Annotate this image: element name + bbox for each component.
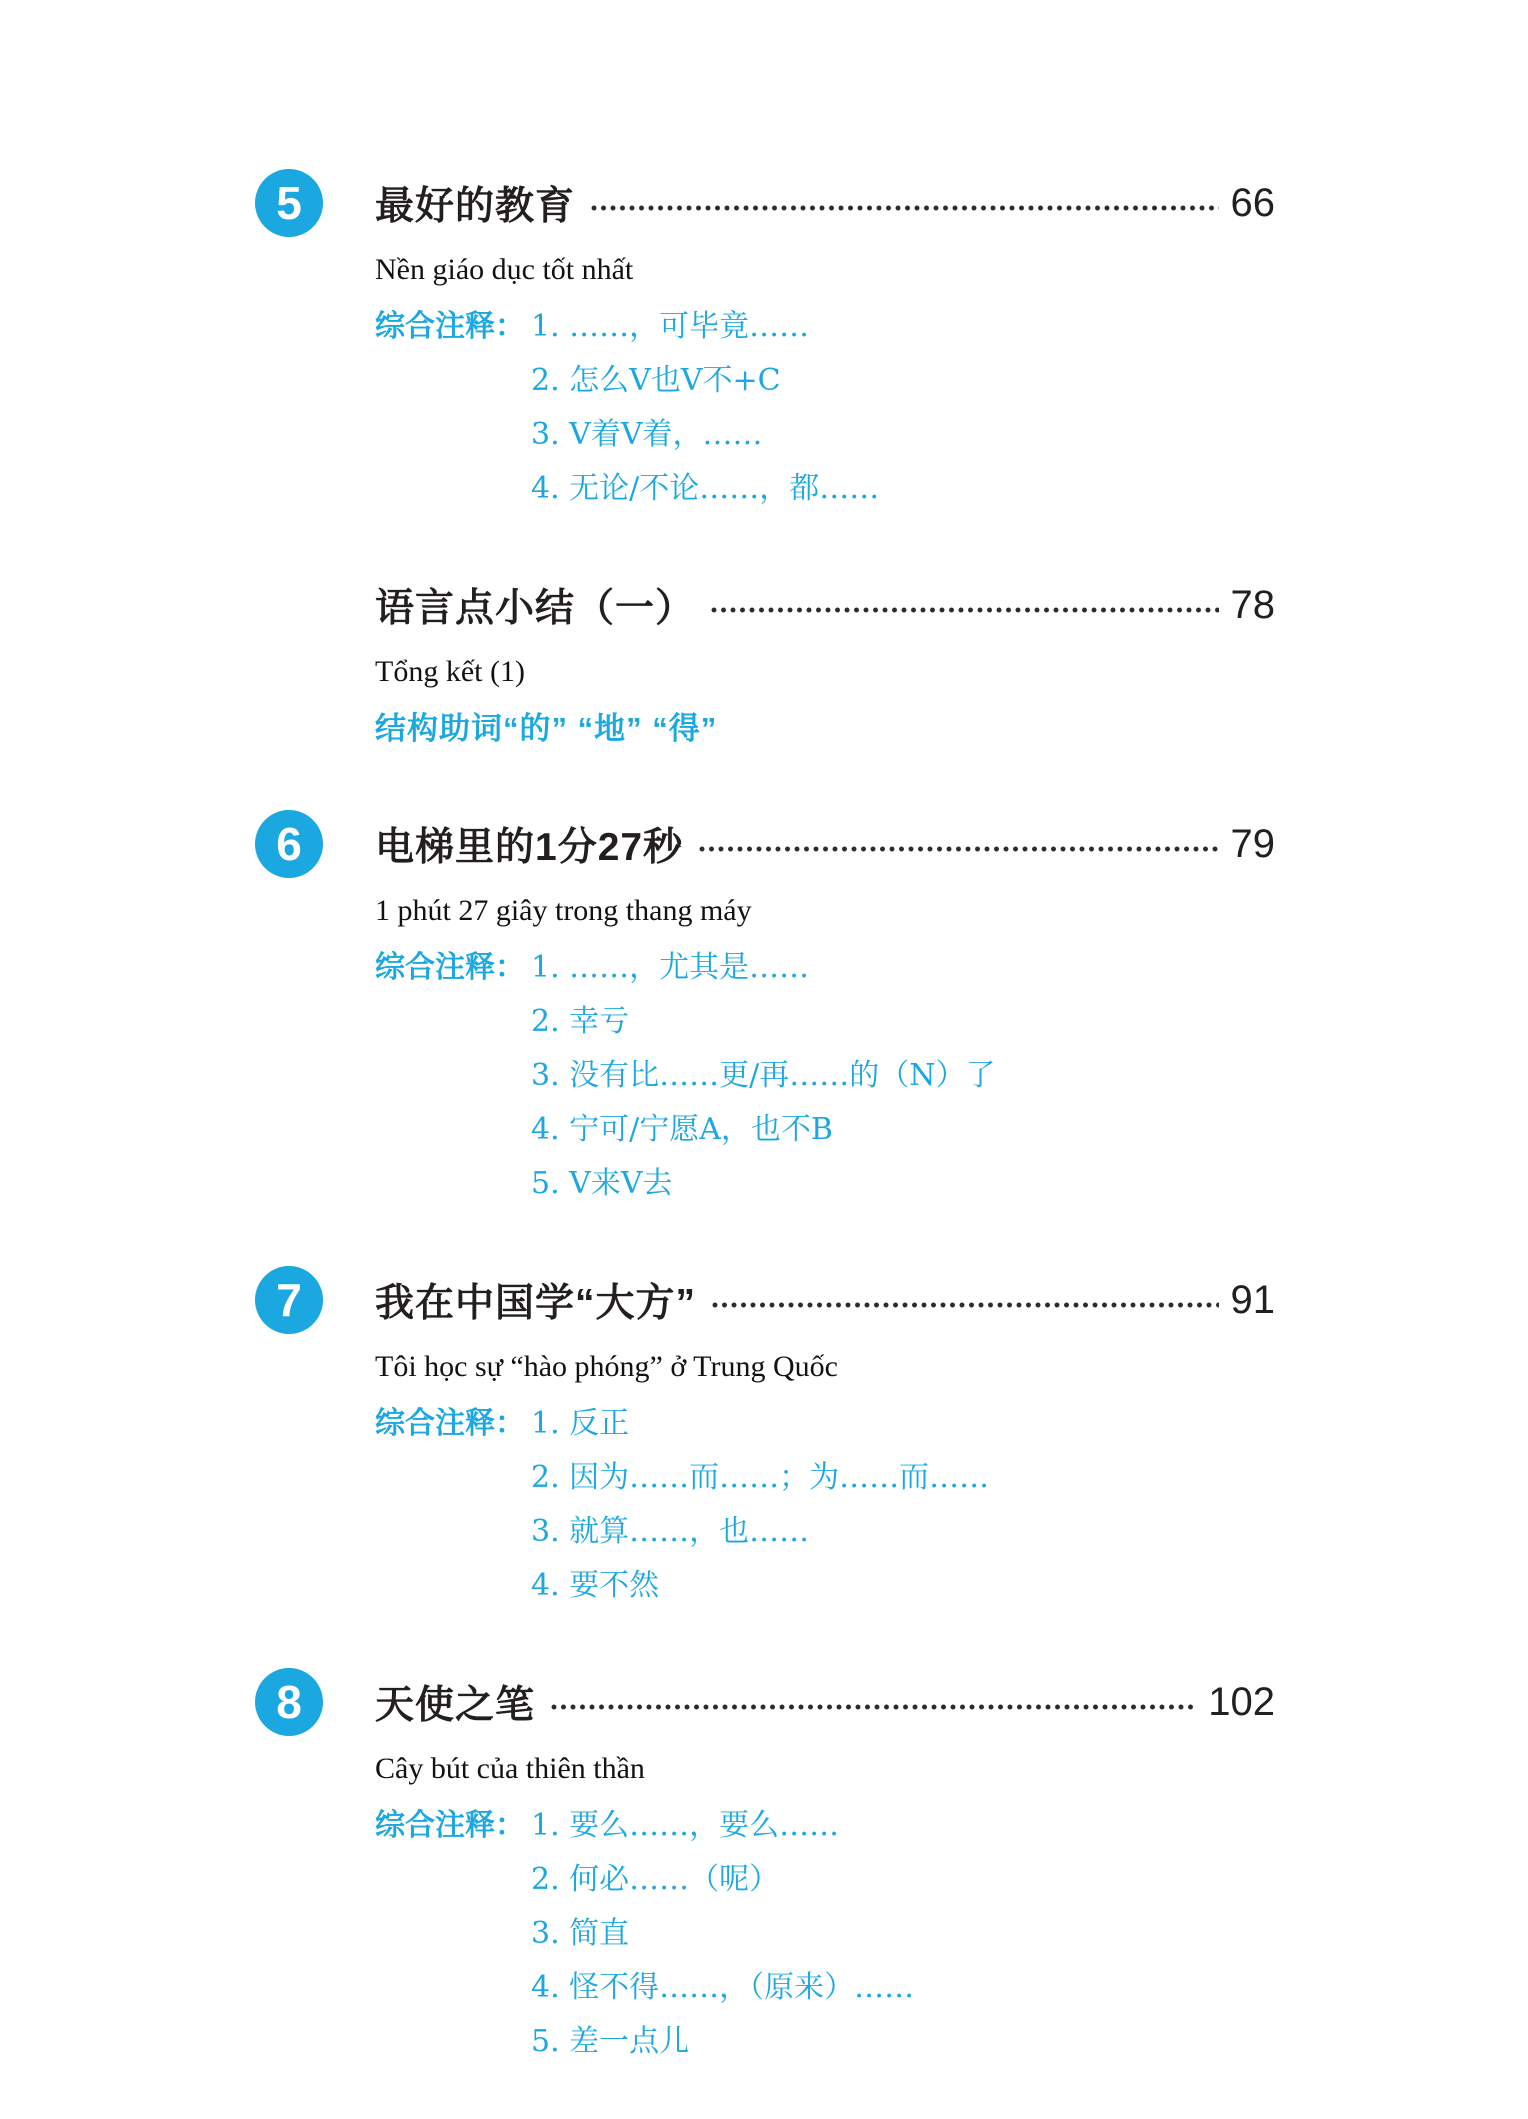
page-number: 91 (1231, 1278, 1276, 1323)
toc-entry: 8 天使之笔 102 Cây bút của thiên thần 综合注释： … (255, 1669, 1275, 2069)
toc-entry-link[interactable]: 最好的教育 66 (375, 175, 1275, 231)
dot-leader (711, 607, 1218, 613)
toc-title-row: 7 我在中国学“大方” 91 (255, 1267, 1275, 1333)
grammar-note: 3. 简直 (531, 1907, 1275, 1961)
page-number: 79 (1231, 822, 1276, 867)
toc-title-row: 5 最好的教育 66 (255, 170, 1275, 236)
toc-title-row: 语言点小结（一） 78 (255, 572, 1275, 638)
lesson-number-badge: 8 (255, 1668, 323, 1736)
grammar-notes-row: 综合注释： 1. 反正2. 因为……而……；为……而……3. 就算……，也……4… (375, 1397, 1275, 1613)
summary-highlight: 结构助词“的” “地” “得” (375, 702, 1275, 755)
grammar-note: 2. 幸亏 (531, 995, 1275, 1049)
notes-label: 综合注释： (375, 300, 525, 354)
notes-label: 综合注释： (375, 1799, 525, 1853)
lesson-subtitle: Tổng kết (1) (375, 652, 1275, 692)
grammar-note: 5. V来V去 (531, 1157, 1275, 1211)
notes-label: 综合注释： (375, 1397, 525, 1451)
dot-leader (591, 205, 1218, 211)
grammar-note: 1. ……，尤其是…… (531, 941, 1275, 995)
grammar-note: 2. 怎么V也V不+C (531, 354, 1275, 408)
grammar-note: 1. ……，可毕竟…… (531, 300, 1275, 354)
grammar-note: 1. 要么……，要么…… (531, 1799, 1275, 1853)
toc-list: 5 最好的教育 66 Nền giáo dục tốt nhất 综合注释： 1… (255, 170, 1275, 2069)
lesson-title: 最好的教育 (375, 175, 575, 231)
grammar-note: 3. 就算……，也…… (531, 1505, 1275, 1559)
grammar-note: 4. 宁可/宁愿A，也不B (531, 1103, 1275, 1157)
grammar-notes-row: 综合注释： 1. ……，可毕竟……2. 怎么V也V不+C3. V着V着，……4.… (375, 300, 1275, 516)
lesson-number-badge: 7 (255, 1266, 323, 1334)
dot-leader (551, 1704, 1196, 1710)
grammar-note: 3. 没有比……更/再……的（N）了 (531, 1049, 1275, 1103)
lesson-subtitle: Cây bút của thiên thần (375, 1749, 1275, 1789)
toc-entry: 7 我在中国学“大方” 91 Tôi học sự “hào phóng” ở … (255, 1267, 1275, 1613)
grammar-note: 4. 怪不得……，（原来）…… (531, 1961, 1275, 2015)
grammar-note: 2. 因为……而……；为……而…… (531, 1451, 1275, 1505)
page-number: 102 (1208, 1680, 1275, 1725)
lesson-title: 语言点小结（一） (375, 577, 695, 633)
grammar-notes-list: 1. ……，尤其是……2. 幸亏3. 没有比……更/再……的（N）了4. 宁可/… (531, 941, 1275, 1211)
page-number: 78 (1231, 583, 1276, 628)
grammar-note: 4. 要不然 (531, 1559, 1275, 1613)
toc-entry-link[interactable]: 电梯里的1分27秒 79 (375, 816, 1275, 872)
lesson-number-badge: 6 (255, 810, 323, 878)
dot-leader (712, 1302, 1218, 1308)
grammar-notes-list: 1. 要么……，要么……2. 何必……（呢）3. 简直4. 怪不得……，（原来）… (531, 1799, 1275, 2069)
grammar-notes-list: 1. 反正2. 因为……而……；为……而……3. 就算……，也……4. 要不然 (531, 1397, 1275, 1613)
lesson-subtitle: Tôi học sự “hào phóng” ở Trung Quốc (375, 1347, 1275, 1387)
toc-title-row: 8 天使之笔 102 (255, 1669, 1275, 1735)
grammar-note: 4. 无论/不论……，都…… (531, 462, 1275, 516)
toc-entry-link[interactable]: 语言点小结（一） 78 (375, 577, 1275, 633)
toc-entry: 6 电梯里的1分27秒 79 1 phút 27 giây trong than… (255, 811, 1275, 1211)
toc-page: 5 最好的教育 66 Nền giáo dục tốt nhất 综合注释： 1… (0, 0, 1528, 2119)
lesson-title: 天使之笔 (375, 1674, 535, 1730)
toc-entry-link[interactable]: 天使之笔 102 (375, 1674, 1275, 1730)
grammar-note: 1. 反正 (531, 1397, 1275, 1451)
toc-title-row: 6 电梯里的1分27秒 79 (255, 811, 1275, 877)
lesson-subtitle: 1 phút 27 giây trong thang máy (375, 891, 1275, 931)
grammar-note: 5. 差一点儿 (531, 2015, 1275, 2069)
grammar-note: 3. V着V着，…… (531, 408, 1275, 462)
lesson-number-badge: 5 (255, 169, 323, 237)
lesson-title: 我在中国学“大方” (375, 1272, 696, 1328)
toc-entry-link[interactable]: 我在中国学“大方” 91 (375, 1272, 1275, 1328)
notes-label: 综合注释： (375, 941, 525, 995)
grammar-notes-row: 综合注释： 1. ……，尤其是……2. 幸亏3. 没有比……更/再……的（N）了… (375, 941, 1275, 1211)
dot-leader (699, 846, 1218, 852)
toc-entry: 语言点小结（一） 78 Tổng kết (1) 结构助词“的” “地” “得” (255, 572, 1275, 755)
grammar-note: 2. 何必……（呢） (531, 1853, 1275, 1907)
page-number: 66 (1231, 181, 1276, 226)
grammar-notes-list: 1. ……，可毕竟……2. 怎么V也V不+C3. V着V着，……4. 无论/不论… (531, 300, 1275, 516)
toc-entry: 5 最好的教育 66 Nền giáo dục tốt nhất 综合注释： 1… (255, 170, 1275, 516)
lesson-subtitle: Nền giáo dục tốt nhất (375, 250, 1275, 290)
lesson-title: 电梯里的1分27秒 (375, 816, 683, 872)
grammar-notes-row: 综合注释： 1. 要么……，要么……2. 何必……（呢）3. 简直4. 怪不得…… (375, 1799, 1275, 2069)
